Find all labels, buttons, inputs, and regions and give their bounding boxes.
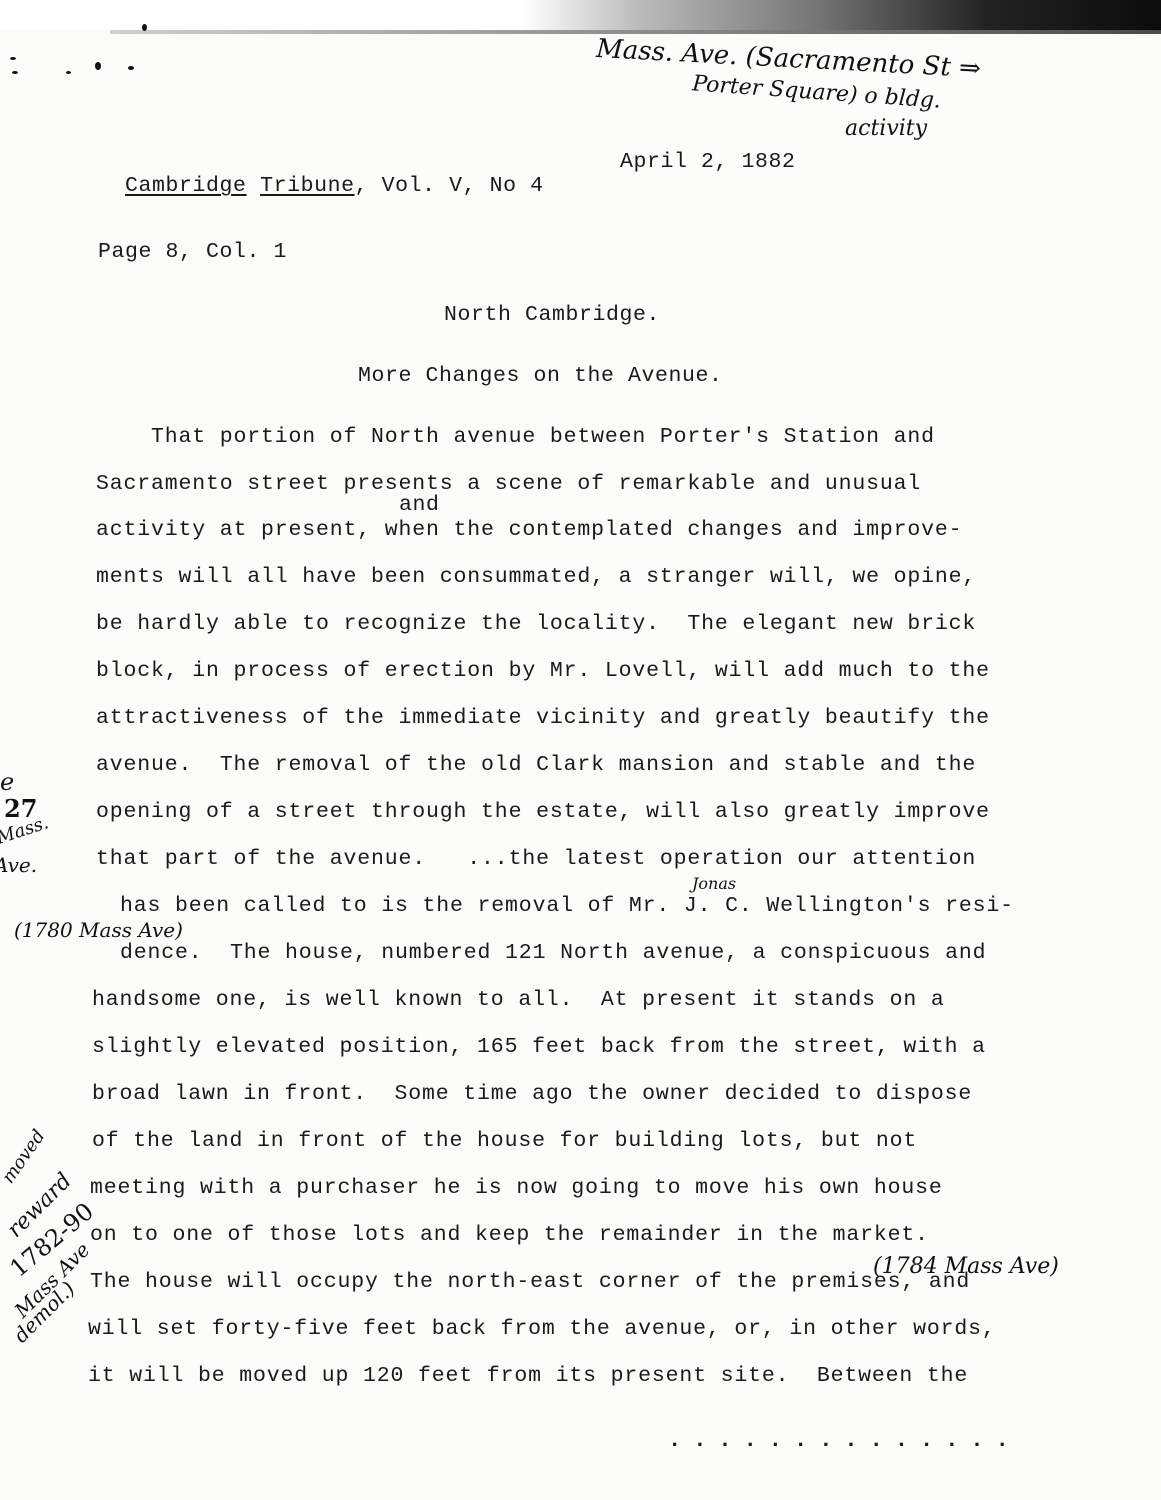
body-line: be hardly able to recognize the locality… xyxy=(96,612,976,636)
body-line: meeting with a purchaser he is now going… xyxy=(90,1176,943,1200)
handwritten-margin-2: moved xyxy=(0,1127,49,1187)
body-line: opening of a street through the estate, … xyxy=(96,800,990,824)
handwritten-margin-1: Ave. xyxy=(0,855,37,875)
scan-speck xyxy=(10,57,16,60)
article-section-title: North Cambridge. xyxy=(444,303,660,327)
body-line: that part of the avenue. ...the latest o… xyxy=(96,847,976,871)
article-headline: More Changes on the Avenue. xyxy=(358,364,723,388)
handwritten-address-1784: (1784 Mass Ave) xyxy=(873,1256,1059,1278)
body-line: slightly elevated position, 165 feet bac… xyxy=(92,1035,986,1059)
body-line: That portion of North avenue between Por… xyxy=(96,425,935,449)
publication-name: Cambridge xyxy=(125,174,247,198)
page-column: Page 8, Col. 1 xyxy=(98,240,287,264)
citation-line: Cambridge Tribune, Vol. V, No 4 xyxy=(98,150,544,198)
handwritten-note-top-3: activity xyxy=(845,118,927,140)
body-line: on to one of those lots and keep the rem… xyxy=(90,1223,929,1247)
body-line: it will be moved up 120 feet from its pr… xyxy=(88,1364,968,1388)
scan-speck xyxy=(95,62,101,70)
publication-name-2: Tribune xyxy=(260,174,355,198)
body-line: has been called to is the removal of Mr.… xyxy=(120,894,1014,918)
scan-speck xyxy=(142,24,147,31)
body-line: avenue. The removal of the old Clark man… xyxy=(96,753,976,777)
body-line: dence. The house, numbered 121 North ave… xyxy=(120,941,986,965)
body-line: broad lawn in front. Some time ago the o… xyxy=(92,1082,972,1106)
body-line: The house will occupy the north-east cor… xyxy=(90,1270,970,1294)
scan-speck xyxy=(128,66,134,70)
body-line: will set forty-five feet back from the a… xyxy=(88,1317,996,1341)
body-line: attractiveness of the immediate vicinity… xyxy=(96,706,990,730)
body-line: Sacramento street presents a scene of re… xyxy=(96,472,921,496)
typed-insertion: and xyxy=(399,493,440,517)
body-line: of the land in front of the house for bu… xyxy=(92,1129,917,1153)
scan-edge-line xyxy=(110,30,1161,34)
volume-number: , Vol. V, No 4 xyxy=(355,174,544,198)
scan-speck xyxy=(66,71,71,74)
scan-speck xyxy=(12,71,18,74)
body-line: ments will all have been consummated, a … xyxy=(96,565,976,589)
body-line: activity at present, when the contemplat… xyxy=(96,518,962,542)
body-line: block, in process of erection by Mr. Lov… xyxy=(96,659,990,683)
handwritten-insert-name: Jonas xyxy=(692,876,736,892)
handwritten-address-1780: (1780 Mass Ave) xyxy=(14,920,183,940)
handwritten-margin-1: e xyxy=(0,770,14,794)
body-line: handsome one, is well known to all. At p… xyxy=(92,988,945,1012)
scan-shadow-top xyxy=(0,0,1161,30)
ellipsis-dots: .............. xyxy=(668,1428,1021,1453)
publication-date: April 2, 1882 xyxy=(620,150,796,174)
handwritten-note-top-1: Mass. Ave. (Sacramento St ⇒ xyxy=(596,36,982,82)
